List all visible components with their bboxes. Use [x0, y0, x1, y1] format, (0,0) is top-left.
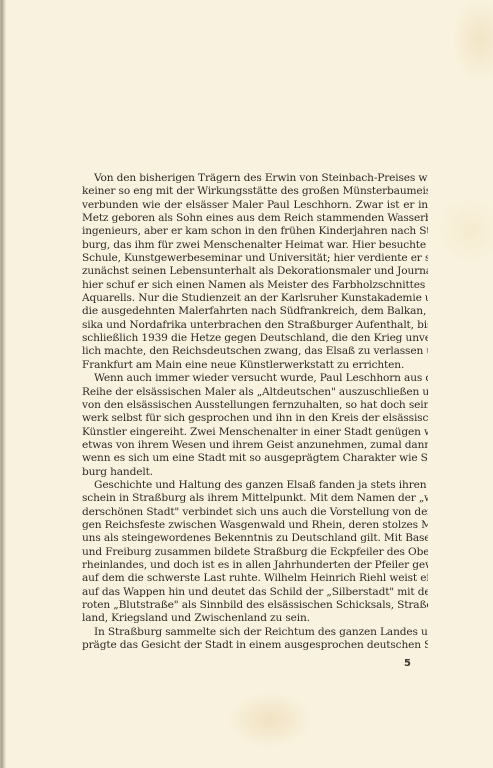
text-line: schließlich 1939 die Hetze gegen Deutsch…: [82, 332, 428, 345]
text-line: verbunden wie der elsässer Maler Paul Le…: [82, 199, 428, 212]
book-page: Von den bisherigen Trägern des Erwin von…: [0, 0, 493, 768]
paragraph-4: In Straßburg sammelte sich der Reichtum …: [82, 626, 428, 653]
text-line: Künstler eingereiht. Zwei Menschenalter …: [82, 426, 428, 439]
text-line: Aquarells. Nur die Studienzeit an der Ka…: [82, 292, 428, 305]
text-line: rheinlandes, und doch ist es in allen Ja…: [82, 559, 428, 572]
text-line: schein in Straßburg als ihrem Mittelpunk…: [82, 492, 428, 505]
text-line: Geschichte und Haltung des ganzen Elsaß …: [82, 479, 428, 492]
text-line: etwas von ihrem Wesen und ihrem Geist an…: [82, 439, 428, 452]
text-line: wenn es sich um eine Stadt mit so ausgep…: [82, 452, 428, 465]
paragraph-1: Von den bisherigen Trägern des Erwin von…: [82, 172, 428, 372]
text-line: und Freiburg zusammen bildete Straßburg …: [82, 546, 428, 559]
paragraph-2: Wenn auch immer wieder versucht wurde, P…: [82, 372, 428, 479]
text-line: sika und Nordafrika unterbrachen den Str…: [82, 319, 428, 332]
text-line: Schule, Kunstgewerbeseminar und Universi…: [82, 252, 428, 265]
text-line: prägte das Gesicht der Stadt in einem au…: [82, 639, 428, 652]
text-line: In Straßburg sammelte sich der Reichtum …: [82, 626, 428, 639]
text-line: auf das Wappen hin und deutet das Schild…: [82, 586, 428, 599]
text-line: hier schuf er sich einen Namen als Meist…: [82, 279, 428, 292]
text-line: keiner so eng mit der Wirkungsstätte des…: [82, 185, 428, 198]
text-line: derschönen Stadt" verbindet sich uns auc…: [82, 506, 428, 519]
text-line: roten „Blutstraße" als Sinnbild des elsä…: [82, 599, 428, 612]
text-line: werk selbst für sich gesprochen und ihn …: [82, 412, 428, 425]
text-line: die ausgedehnten Malerfahrten nach Südfr…: [82, 305, 428, 318]
text-line: auf dem die schwerste Last ruhte. Wilhel…: [82, 572, 428, 585]
text-line: Metz geboren als Sohn eines aus dem Reic…: [82, 212, 428, 225]
text-line: lich machte, den Reichsdeutschen zwang, …: [82, 345, 428, 358]
text-line: land, Kriegsland und Zwischenland zu sei…: [82, 612, 428, 625]
text-line: burg, das ihm für zwei Menschenalter Hei…: [82, 239, 428, 252]
text-line: zunächst seinen Lebensunterhalt als Deko…: [82, 265, 428, 278]
text-line: Frankfurt am Main eine neue Künstlerwerk…: [82, 359, 428, 372]
text-line: Wenn auch immer wieder versucht wurde, P…: [82, 372, 428, 385]
body-text: Von den bisherigen Trägern des Erwin von…: [82, 172, 428, 652]
text-line: von den elsässischen Ausstellungen fernz…: [82, 399, 428, 412]
paragraph-3: Geschichte und Haltung des ganzen Elsaß …: [82, 479, 428, 626]
text-line: uns als steingewordenes Bekenntnis zu De…: [82, 532, 428, 545]
text-line: Von den bisherigen Trägern des Erwin von…: [82, 172, 428, 185]
text-line: burg handelt.: [82, 466, 428, 479]
page-number: 5: [404, 658, 411, 669]
text-line: Reihe der elsässischen Maler als „Altdeu…: [82, 386, 428, 399]
page-binding-edge: [0, 0, 6, 768]
text-line: gen Reichsfeste zwischen Wasgenwald und …: [82, 519, 428, 532]
text-line: ingenieurs, aber er kam schon in den frü…: [82, 225, 428, 238]
